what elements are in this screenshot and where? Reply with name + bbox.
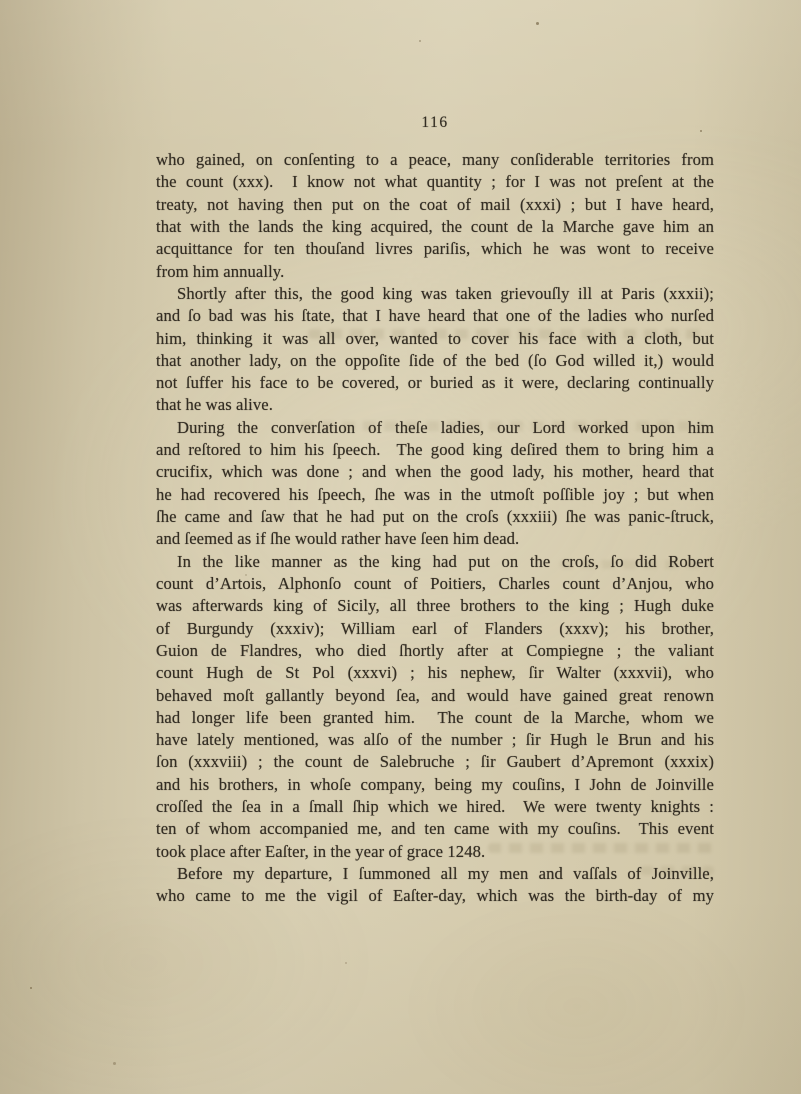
text-line: not ſuffer his face to be covered, or bu… <box>156 372 714 394</box>
text-line: and his brothers, in whoſe company, bein… <box>156 774 714 796</box>
text-line: he had recovered his ſpeech, ſhe was in … <box>156 484 714 506</box>
page-number: 116 <box>156 114 714 132</box>
text-line: treaty, not having then put on the coat … <box>156 194 714 216</box>
text-line: During the converſation of theſe ladies,… <box>156 417 714 439</box>
text-line: was afterwards king of Sicily, all three… <box>156 595 714 617</box>
paper-speck <box>113 1062 116 1065</box>
text-line: who came to me the vigil of Eaſter-day, … <box>156 885 714 907</box>
text-line: crucifix, which was done ; and when the … <box>156 461 714 483</box>
text-line: Guion de Flandres, who died ſhortly afte… <box>156 640 714 662</box>
text-line: count Hugh de St Pol (xxxvi) ; his nephe… <box>156 662 714 684</box>
text-line: and ſo bad was his ſtate, that I have he… <box>156 305 714 327</box>
text-line: took place after Eaſter, in the year of … <box>156 841 714 863</box>
text-line: from him annually. <box>156 261 714 283</box>
text-line: who gained, on conſenting to a peace, ma… <box>156 149 714 171</box>
text-line: of Burgundy (xxxiv); William earl of Fla… <box>156 618 714 640</box>
text-line: the count (xxx). I know not what quantit… <box>156 171 714 193</box>
book-page-scan: 116 who gained, on conſenting to a peace… <box>0 0 801 1094</box>
paper-speck <box>419 40 421 42</box>
text-line: ſon (xxxviii) ; the count de Salebruche … <box>156 751 714 773</box>
text-line: In the like manner as the king had put o… <box>156 551 714 573</box>
text-line: that with the lands the king acquired, t… <box>156 216 714 238</box>
text-line: had longer life been granted him. The co… <box>156 707 714 729</box>
page-text: who gained, on conſenting to a peace, ma… <box>156 149 714 908</box>
text-line: that he was alive. <box>156 394 714 416</box>
text-line: that another lady, on the oppoſite ſide … <box>156 350 714 372</box>
text-line: and ſeemed as if ſhe would rather have ſ… <box>156 528 714 550</box>
text-line: count d’Artois, Alphonſo count of Poitie… <box>156 573 714 595</box>
text-line: ſhe came and ſaw that he had put on the … <box>156 506 714 528</box>
text-line: have lately mentioned, was alſo of the n… <box>156 729 714 751</box>
text-line: behaved moſt gallantly beyond ſea, and w… <box>156 685 714 707</box>
paper-speck <box>345 962 347 964</box>
text-line: and reſtored to him his ſpeech. The good… <box>156 439 714 461</box>
text-line: Before my departure, I ſummoned all my m… <box>156 863 714 885</box>
paper-speck <box>536 22 539 25</box>
text-line: croſſed the ſea in a ſmall ſhip which we… <box>156 796 714 818</box>
text-line: him, thinking it was all over, wanted to… <box>156 328 714 350</box>
text-line: acquittance for ten thouſand livres pari… <box>156 238 714 260</box>
text-line: Shortly after this, the good king was ta… <box>156 283 714 305</box>
paper-speck <box>30 987 32 989</box>
text-line: ten of whom accompanied me, and ten came… <box>156 818 714 840</box>
